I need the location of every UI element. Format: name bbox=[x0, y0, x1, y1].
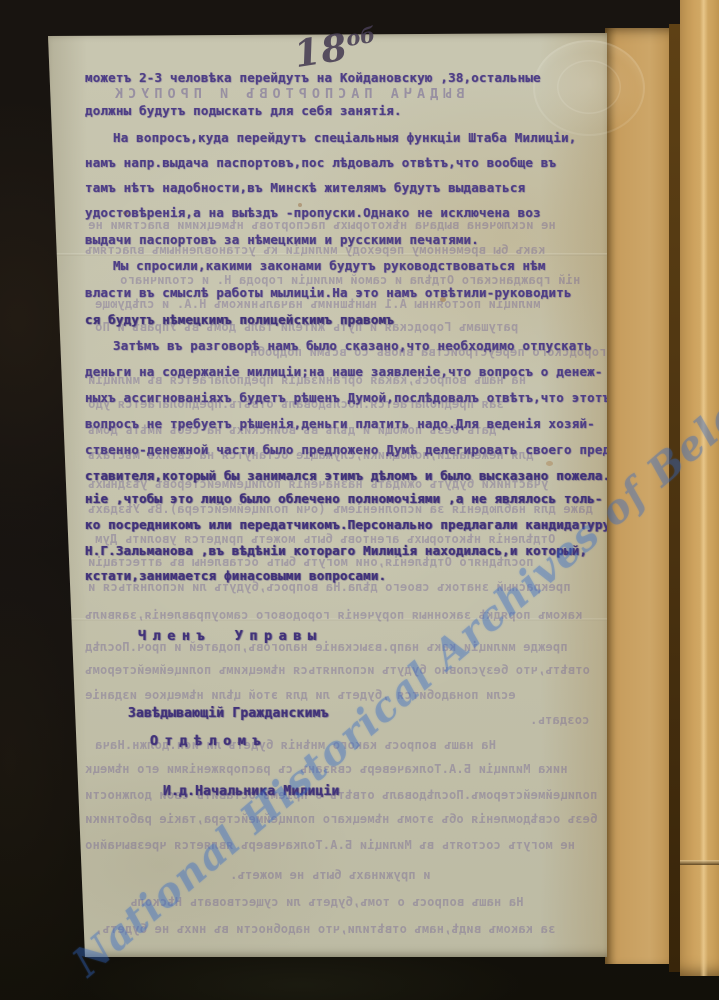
typed-line: кстати,занимается финасовыми вопросами. bbox=[85, 568, 386, 583]
bleedthrough-line: не исключена выдача нѣкоторыхъ паспортов… bbox=[88, 218, 556, 232]
bleedthrough-line: полицеймейстеромъ.Послѣдовалъ отвѣтъ о п… bbox=[85, 788, 597, 802]
typed-line: Н.Г.Зальманова ,въ вѣдѣніи котораго Мили… bbox=[85, 543, 587, 558]
typed-line: удостовѣренія,а на выѣздъ -пропуски.Одна… bbox=[85, 205, 541, 220]
typed-line: выдачи паспортовъ за нѣмецкими и русским… bbox=[85, 232, 479, 247]
typed-line: должны будутъ подыскать для себя занятія… bbox=[85, 103, 402, 118]
typed-line: ся будутъ нѣмецкимъ полицейскимъ правомъ bbox=[85, 312, 394, 327]
typed-line: ко посредникомъ или передатчикомъ.Персон… bbox=[85, 517, 610, 532]
typed-line: ственно-денежной части было предложено Д… bbox=[85, 442, 610, 457]
bleedthrough-line: безъ освѣдомленія объ этомъ нѣмецкаго по… bbox=[85, 812, 597, 826]
bleedthrough-line: и пружинахъ быть не можетъ. bbox=[230, 868, 430, 882]
right-page-crease bbox=[700, 0, 708, 976]
typed-line: ставителя,который бы занимался этимъ дѣл… bbox=[85, 468, 610, 483]
typed-line: Затѣмъ въ разговорѣ намъ было сказано,чт… bbox=[113, 338, 592, 353]
typed-line: ніе ,чтобы это лицо было облечено полном… bbox=[85, 491, 603, 506]
bleedthrough-line: если понадобится ,будетъ ли для этой цѣл… bbox=[85, 688, 516, 702]
typed-line: Членъ Управы bbox=[138, 628, 323, 644]
typed-line: На вопросъ,куда перейдутъ спеціальныя фу… bbox=[113, 130, 577, 145]
right-page-tear bbox=[680, 860, 719, 865]
bleedthrough-line: не могутъ состоять въ Милиціи Б.А.Толкач… bbox=[85, 838, 575, 852]
typed-line: Завѣдывающій Гражданскимъ bbox=[128, 706, 329, 721]
bleedthrough-line: отвѣтъ,что безусловно будутъ исполняться… bbox=[85, 663, 590, 677]
typed-line: тамъ нѣтъ надобности,въ Минскѣ жителямъ … bbox=[85, 180, 525, 195]
typed-line: Мы спросили,какими законами будутъ руков… bbox=[113, 258, 546, 273]
binding-gap bbox=[669, 24, 680, 972]
typed-line: ныхъ ассигнованіяхъ будетъ рѣшенъ Думой,… bbox=[85, 390, 610, 405]
archival-scan: ВЫДАЧА ПАСПОРТОВЪ И ПРОПУСКне исключена … bbox=[0, 0, 719, 1000]
typed-line: деньги на содержаніе милиціи;на наше зая… bbox=[85, 364, 603, 379]
bleedthrough-line: ВЫДАЧА ПАСПОРТОВЪ И ПРОПУСК bbox=[110, 86, 464, 102]
bleedthrough-line: создать. bbox=[530, 713, 589, 727]
typed-line: Отдѣломъ bbox=[150, 733, 267, 749]
typed-line: намъ напр.выдача паспортовъ,пос лѣдовалъ… bbox=[85, 155, 556, 170]
handwritten-number-main: 18 bbox=[291, 24, 351, 76]
right-page-edge bbox=[680, 0, 719, 976]
typed-line: вопросъ не требуетъ рѣшенія,деньги плати… bbox=[85, 416, 595, 431]
handwritten-number-suffix: об bbox=[344, 22, 377, 51]
typed-line: власти въ смыслѣ работы мылиціи.На это н… bbox=[85, 285, 572, 300]
